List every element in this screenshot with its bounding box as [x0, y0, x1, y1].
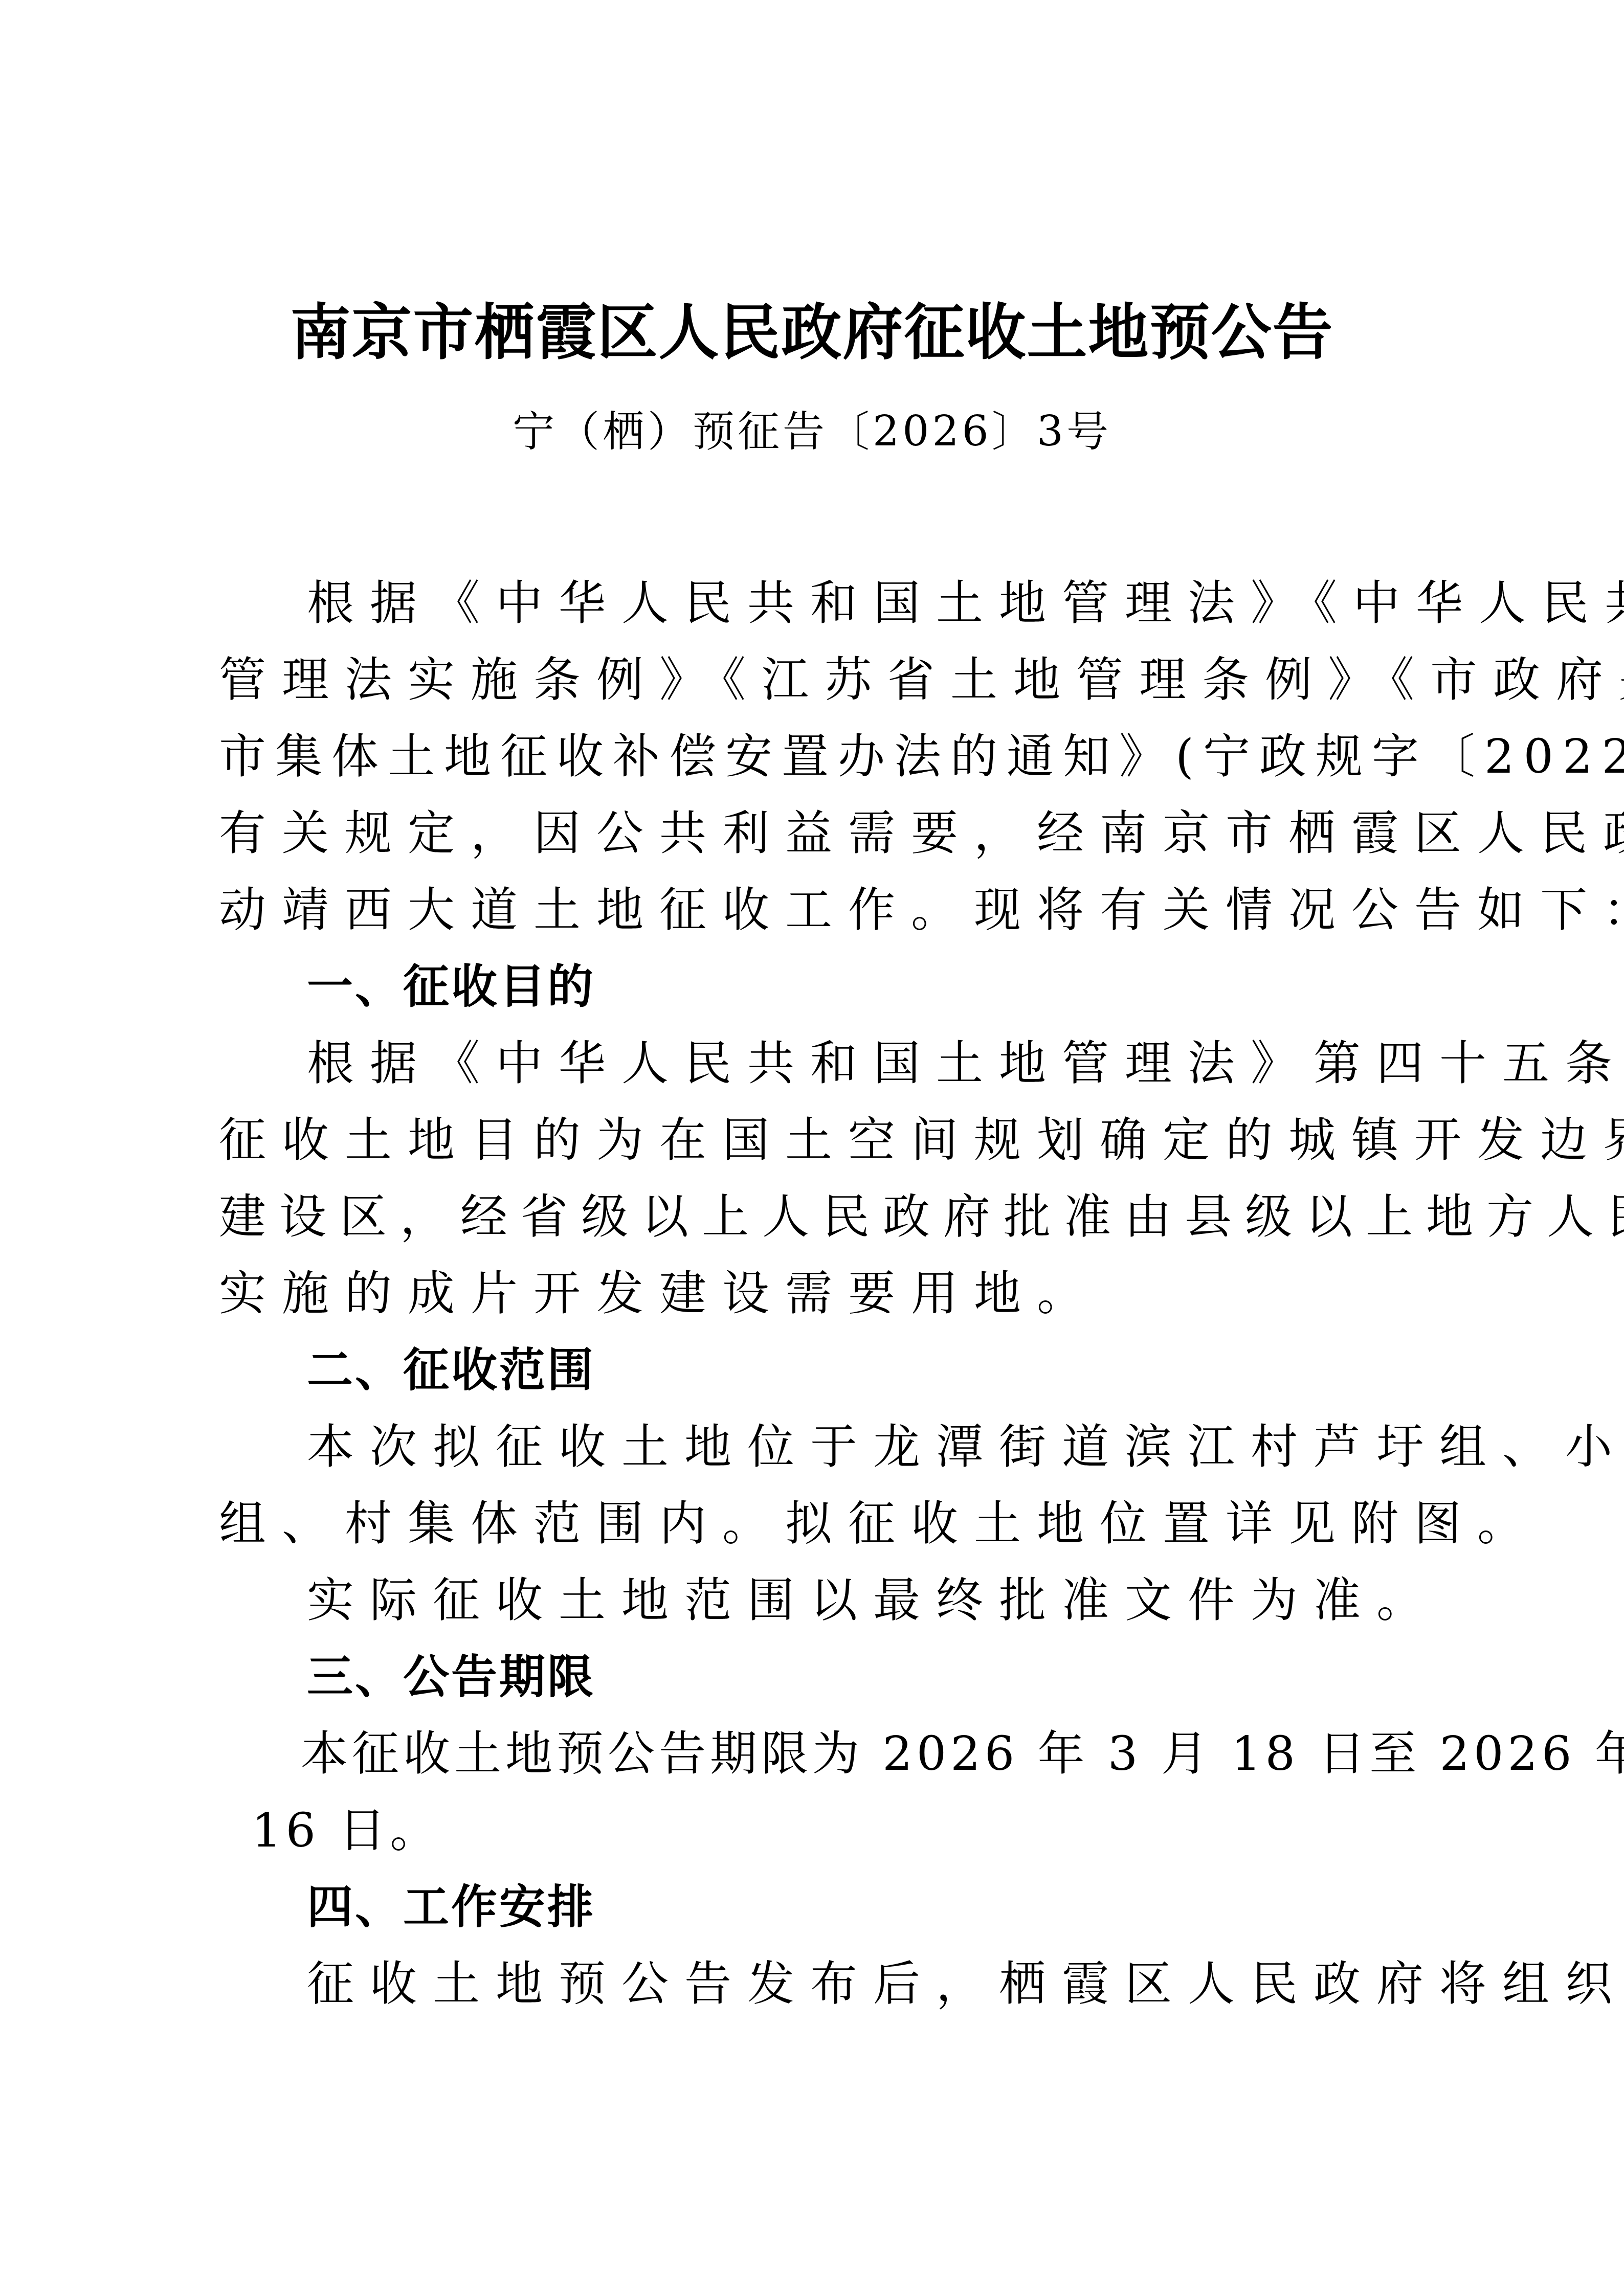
section-heading: 四、工作安排	[219, 1869, 1431, 1946]
section-heading: 二、征收范围	[219, 1332, 1431, 1409]
paragraph: 本征收土地预公告期限为 2026 年 3 月 18 日至 2026 年 4 月 …	[219, 1716, 1431, 1869]
section-period: 三、公告期限 本征收土地预公告期限为 2026 年 3 月 18 日至 2026…	[219, 1639, 1431, 1869]
text-line: 市集体土地征收补偿安置办法的通知》(宁政规字〔2022〕4号)	[219, 718, 1431, 795]
section-arrangement: 四、工作安排 征收土地预公告发布后，栖霞区人民政府将组织开展拟征收	[219, 1869, 1431, 2022]
text-line: 管理法实施条例》《江苏省土地管理条例》《市政府关于印发南京	[219, 642, 1431, 718]
paragraph: 实际征收土地范围以最终批准文件为准。	[219, 1562, 1431, 1639]
paragraph: 本次拟征收土地位于龙潭街道滨江村芦圩组、小圩组、闸西 组、村集体范围内。拟征收土…	[219, 1409, 1431, 1562]
paragraph: 征收土地预公告发布后，栖霞区人民政府将组织开展拟征收	[219, 1946, 1431, 2022]
text-line: 根据《中华人民共和国土地管理法》《中华人民共和国土地	[219, 565, 1431, 642]
text-line: 征收土地目的为在国土空间规划确定的城镇开发边界内的集中	[219, 1102, 1431, 1179]
text-line: 动靖西大道土地征收工作。现将有关情况公告如下：	[219, 872, 1431, 949]
text-line: 征收土地预公告发布后，栖霞区人民政府将组织开展拟征收	[219, 1946, 1431, 2022]
text-line: 组、村集体范围内。拟征收土地位置详见附图。	[219, 1485, 1431, 1562]
section-scope: 二、征收范围 本次拟征收土地位于龙潭街道滨江村芦圩组、小圩组、闸西 组、村集体范…	[219, 1332, 1431, 1639]
text-line: 本征收土地预公告期限为 2026 年 3 月 18 日至 2026 年 4 月	[219, 1716, 1431, 1792]
text-line: 实际征收土地范围以最终批准文件为准。	[219, 1562, 1431, 1639]
text-line: 有关规定，因公共利益需要，经南京市栖霞区人民政府决定，启	[219, 795, 1431, 872]
text-line: 本次拟征收土地位于龙潭街道滨江村芦圩组、小圩组、闸西	[219, 1409, 1431, 1485]
text-line: 实施的成片开发建设需要用地。	[219, 1255, 1431, 1332]
section-heading: 一、征收目的	[219, 949, 1431, 1025]
section-heading: 三、公告期限	[219, 1639, 1431, 1716]
text-line: 建设区，经省级以上人民政府批准由县级以上地方人民政府组织	[219, 1179, 1431, 1255]
section-purpose: 一、征收目的 根据《中华人民共和国土地管理法》第四十五条规定，本次 征收土地目的…	[219, 949, 1431, 1332]
text-line: 16 日。	[219, 1792, 1431, 1869]
document-page: 南京市栖霞区人民政府征收土地预公告 宁（栖）预征告〔2026〕3号 根据《中华人…	[0, 0, 1624, 2296]
document-body: 根据《中华人民共和国土地管理法》《中华人民共和国土地 管理法实施条例》《江苏省土…	[219, 565, 1431, 2022]
text-line: 根据《中华人民共和国土地管理法》第四十五条规定，本次	[219, 1025, 1431, 1102]
document-number: 宁（栖）预征告〔2026〕3号	[0, 404, 1624, 460]
document-title: 南京市栖霞区人民政府征收土地预公告	[0, 294, 1624, 371]
paragraph: 根据《中华人民共和国土地管理法》第四十五条规定，本次 征收土地目的为在国土空间规…	[219, 1025, 1431, 1332]
preamble-paragraph: 根据《中华人民共和国土地管理法》《中华人民共和国土地 管理法实施条例》《江苏省土…	[219, 565, 1431, 949]
